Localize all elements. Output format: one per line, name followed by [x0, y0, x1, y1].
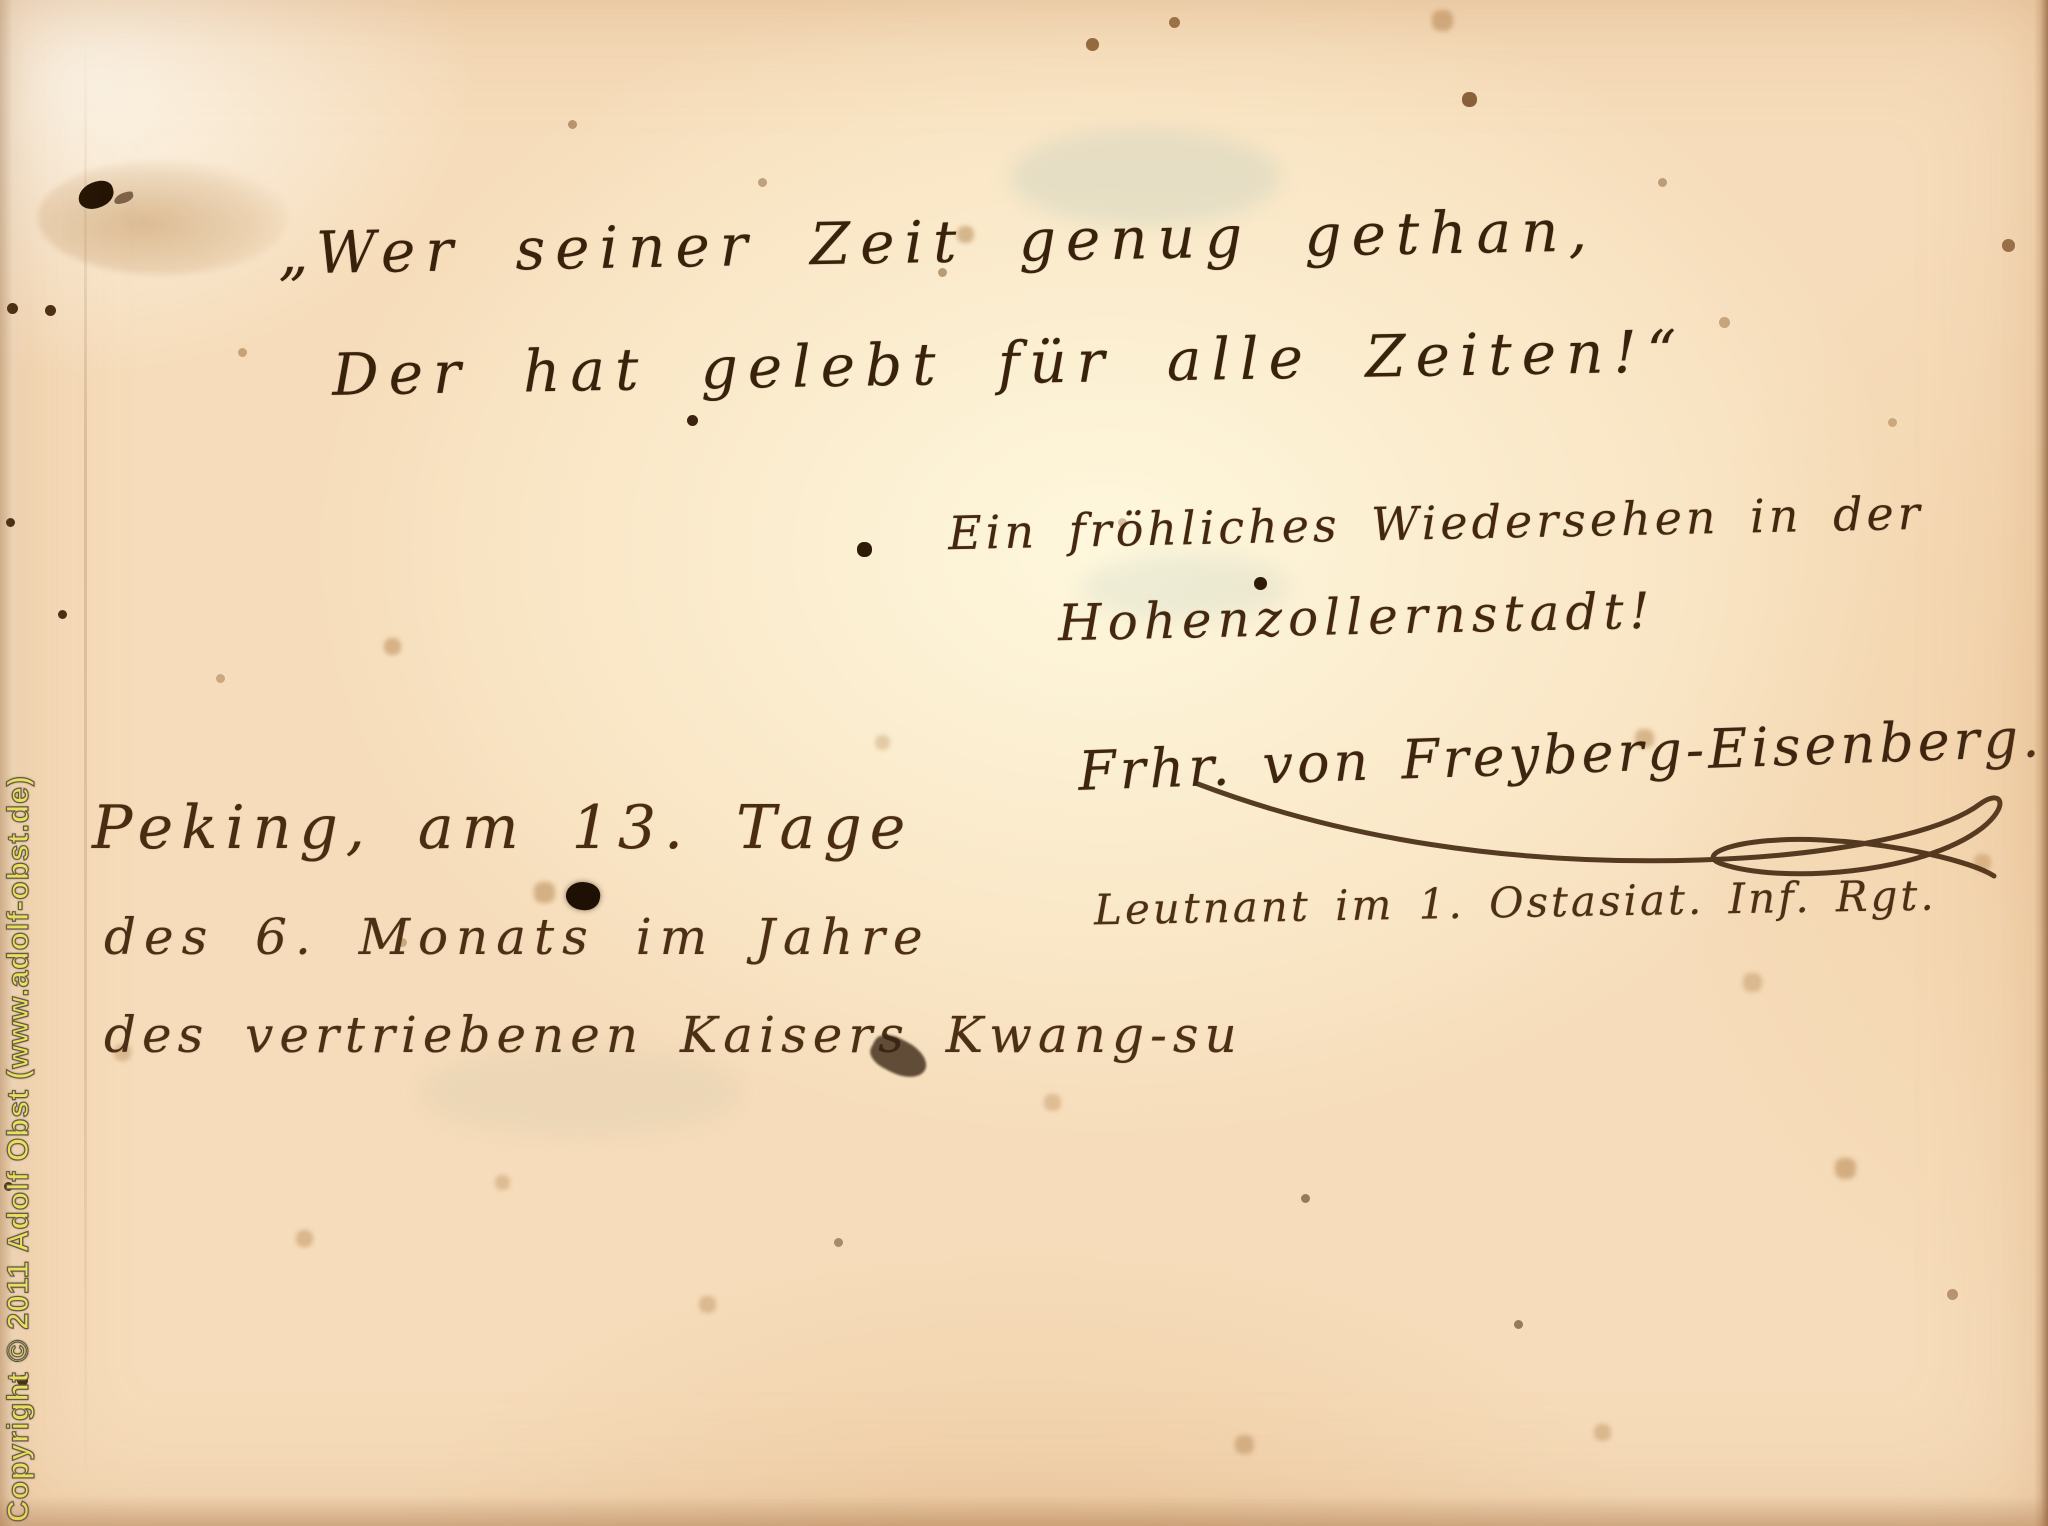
- copyright-watermark: Copyright © 2011 Adolf Obst (www.adolf-o…: [2, 2, 38, 1522]
- signature-name: Frhr. von Freyberg-Eisenberg.: [1077, 711, 2044, 799]
- signature-rank: Leutnant im 1. Ostasiat. Inf. Rgt.: [1094, 875, 1937, 932]
- dateline-2: des 6. Monats im Jahre: [104, 912, 931, 962]
- verse-line-1: „Wer seiner Zeit genug gethan,: [278, 201, 1598, 282]
- album-page: „Wer seiner Zeit genug gethan, Der hat g…: [0, 0, 2048, 1526]
- dedication-line-2: Hohenzollernstadt!: [1058, 586, 1656, 649]
- dateline-1: Peking, am 13. Tage: [92, 798, 913, 858]
- dedication-line-1: Ein fröhliches Wiedersehen in der: [948, 490, 1924, 556]
- dateline-3: des vertriebenen Kaisers Kwang-su: [104, 1010, 1243, 1060]
- verse-line-2: Der hat gelebt für alle Zeiten!“: [332, 322, 1687, 404]
- page-bottom-shadow: [0, 1496, 2048, 1526]
- stain: [38, 160, 288, 275]
